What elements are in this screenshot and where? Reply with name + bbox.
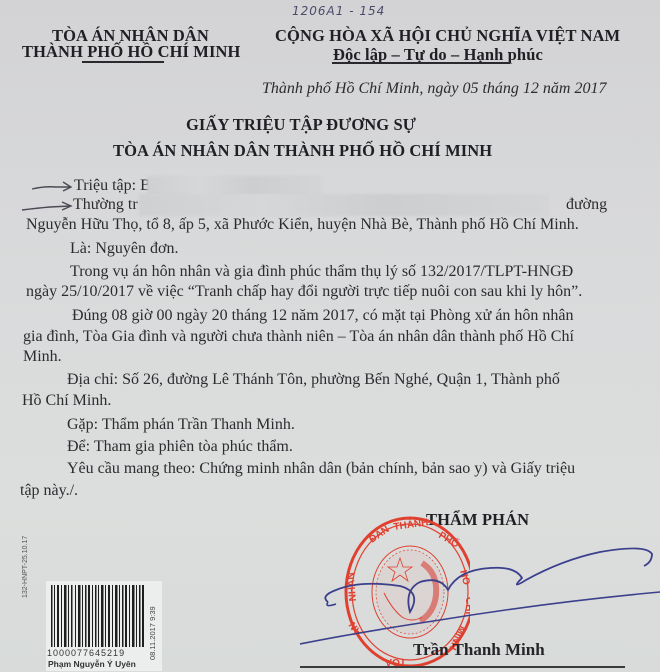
place-date: Thành phố Hồ Chí Minh, ngày 05 tháng 12 … bbox=[262, 80, 606, 98]
meet-judge: Gặp: Thẩm phán Trần Thanh Minh. bbox=[67, 416, 295, 434]
document-subtitle: TÒA ÁN NHÂN DÂN THÀNH PHỐ HỒ CHÍ MINH bbox=[113, 141, 492, 161]
time-line-3: Minh. bbox=[23, 348, 62, 366]
bring-line-1: Yêu cầu mang theo: Chứng minh nhân dân (… bbox=[67, 460, 575, 478]
barcode-clerk-name: Phạm Nguyễn Ý Uyên bbox=[48, 659, 136, 669]
right-header-underline bbox=[332, 62, 510, 64]
nation-title: CỘNG HÒA XÃ HỘI CHỦ NGHĨA VIỆT NAM bbox=[275, 26, 620, 46]
address-line: Nguyễn Hữu Thọ, tổ 8, ấp 5, xã Phước Kiể… bbox=[26, 216, 579, 234]
court-address-line-1: Địa chỉ: Số 26, đường Lê Thánh Tôn, phườ… bbox=[67, 371, 560, 389]
document-title: GIẤY TRIỆU TẬP ĐƯƠNG SỰ bbox=[186, 115, 416, 135]
left-header-underline bbox=[82, 61, 164, 63]
case-line-1: Trong vụ án hôn nhân và gia đình phúc th… bbox=[70, 263, 573, 281]
time-line-1: Đúng 08 giờ 00 ngày 20 tháng 12 năm 2017… bbox=[72, 307, 574, 325]
signer-name: Trần Thanh Minh bbox=[413, 640, 545, 660]
handwritten-arrow-icon bbox=[30, 180, 74, 194]
bring-line-2: tập này./. bbox=[20, 482, 78, 500]
handwritten-arrow-icon bbox=[20, 200, 74, 214]
redacted-name bbox=[147, 176, 323, 196]
residence-label: Thường tr bbox=[73, 196, 138, 214]
role-line: Là: Nguyên đơn. bbox=[70, 240, 178, 258]
barcode-number: 1000077645219 bbox=[47, 648, 125, 658]
barcode-timestamp: 08.11.2017 9:39 bbox=[148, 606, 157, 660]
time-line-2: gia đình, Tòa Gia đình và người chưa thà… bbox=[23, 328, 574, 346]
bottom-divider bbox=[300, 666, 625, 668]
summon-label: Triệu tập: B bbox=[74, 177, 151, 195]
purpose: Để: Tham gia phiên tòa phúc thẩm. bbox=[67, 438, 293, 456]
residence-tail: đường bbox=[566, 196, 607, 214]
barcode-case-code: 132-HNPT-25.10.17 bbox=[22, 536, 29, 598]
barcode-icon bbox=[50, 585, 146, 647]
judge-signature-icon bbox=[300, 540, 660, 650]
court-address-line-2: Hồ Chí Minh. bbox=[22, 392, 111, 410]
court-name-line2: THÀNH PHỐ HỒ CHÍ MINH bbox=[22, 42, 240, 62]
case-line-2: ngày 25/10/2017 về việc “Tranh chấp hay … bbox=[26, 283, 582, 301]
redacted-residence bbox=[139, 194, 549, 216]
handwritten-reference: 1206A1 - 154 bbox=[292, 4, 385, 18]
